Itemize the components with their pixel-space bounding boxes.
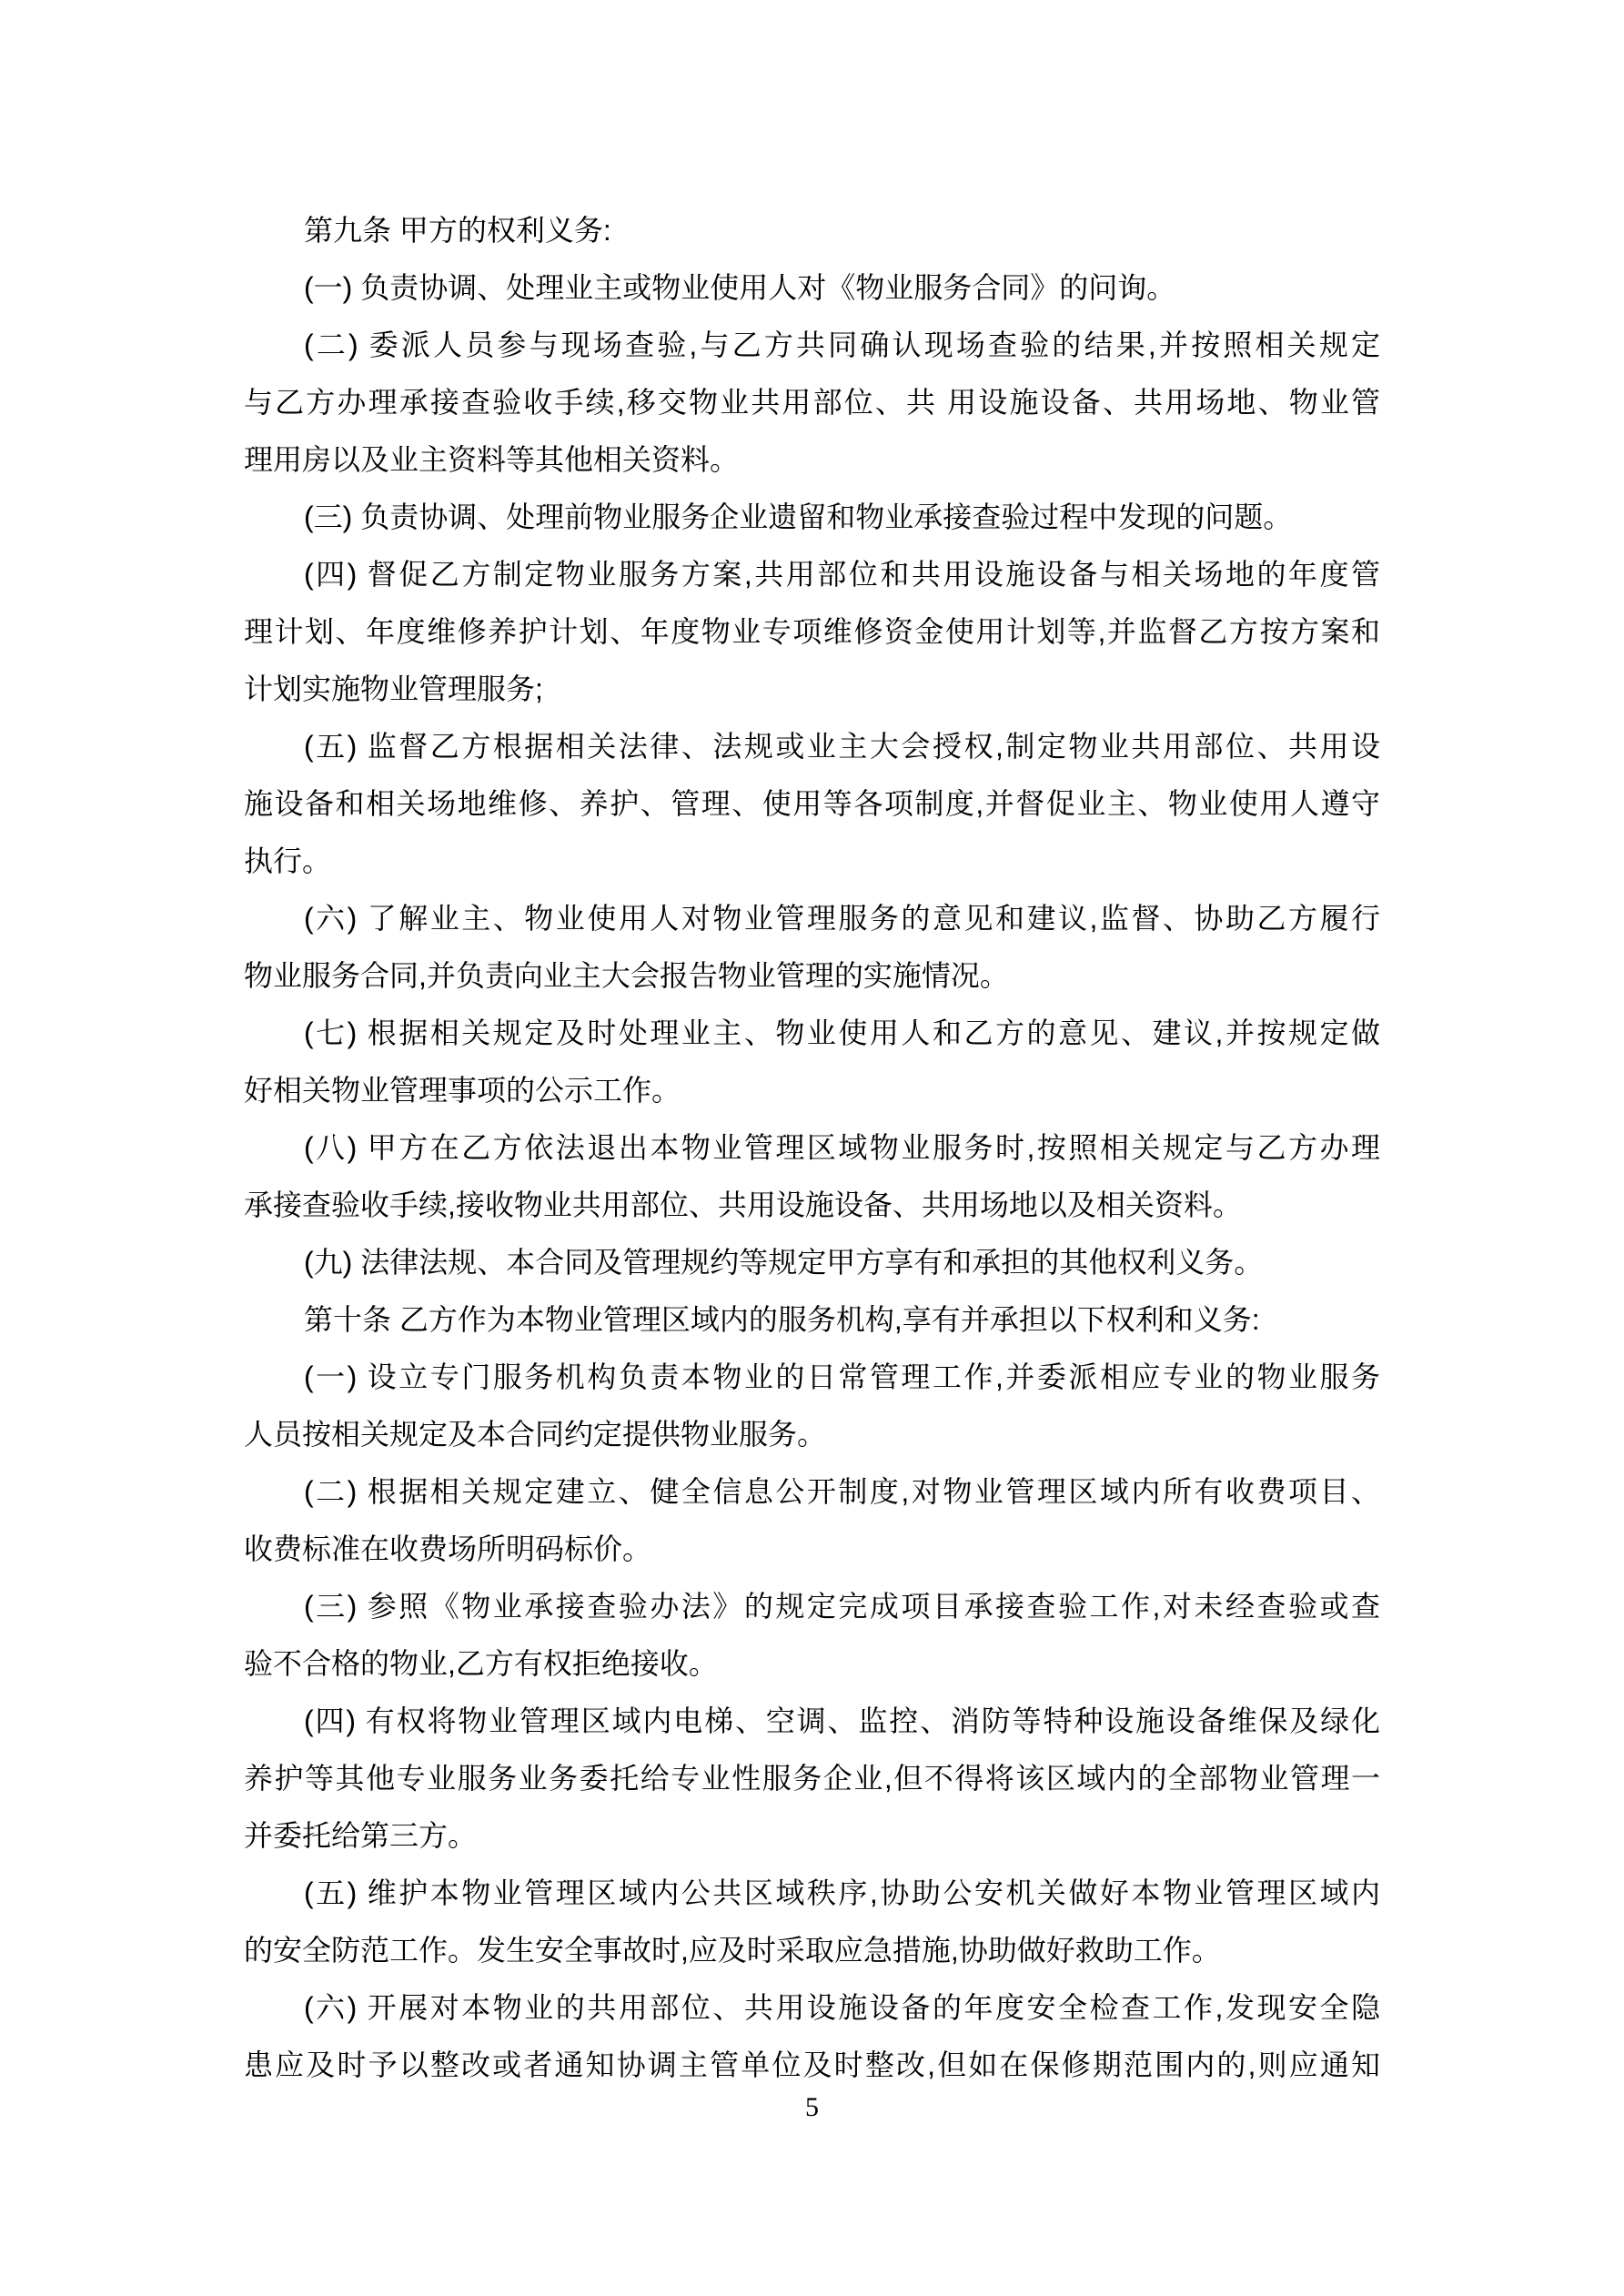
text-line: 物业服务合同,并负责向业主大会报告物业管理的实施情况。 [244, 947, 1380, 1005]
text-line: (二) 委派人员参与现场查验,与乙方共同确认现场查验的结果,并按照相关规定 [244, 317, 1380, 374]
text-line: 的安全防范工作。发生安全事故时,应及时采取应急措施,协助做好救助工作。 [244, 1922, 1380, 1979]
text-line: (三) 参照《物业承接查验办法》的规定完成项目承接查验工作,对未经查验或查 [244, 1578, 1380, 1635]
text-line: (八) 甲方在乙方依法退出本物业管理区域物业服务时,按照相关规定与乙方办理 [244, 1119, 1380, 1177]
text-line: (一) 设立专门服务机构负责本物业的日常管理工作,并委派相应专业的物业服务 [244, 1349, 1380, 1406]
text-line: 收费标准在收费场所明码标价。 [244, 1521, 1380, 1578]
text-line: 理计划、年度维修养护计划、年度物业专项维修资金使用计划等,并监督乙方按方案和 [244, 603, 1380, 661]
text-line: 好相关物业管理事项的公示工作。 [244, 1062, 1380, 1119]
text-line: 承接查验收手续,接收物业共用部位、共用设施设备、共用场地以及相关资料。 [244, 1177, 1380, 1234]
text-line: (五) 维护本物业管理区域内公共区域秩序,协助公安机关做好本物业管理区域内 [244, 1865, 1380, 1922]
text-line: (一) 负责协调、处理业主或物业使用人对《物业服务合同》的问询。 [244, 259, 1380, 317]
text-line: (七) 根据相关规定及时处理业主、物业使用人和乙方的意见、建议,并按规定做 [244, 1005, 1380, 1062]
text-line: (六) 了解业主、物业使用人对物业管理服务的意见和建议,监督、协助乙方履行 [244, 890, 1380, 947]
text-line: 第十条 乙方作为本物业管理区域内的服务机构,享有并承担以下权利和义务: [244, 1291, 1380, 1349]
text-line: (九) 法律法规、本合同及管理规约等规定甲方享有和承担的其他权利义务。 [244, 1234, 1380, 1291]
text-line: 养护等其他专业服务业务委托给专业性服务企业,但不得将该区域内的全部物业管理一 [244, 1750, 1380, 1807]
text-line: 施设备和相关场地维修、养护、管理、使用等各项制度,并督促业主、物业使用人遵守 [244, 775, 1380, 833]
text-line: 验不合格的物业,乙方有权拒绝接收。 [244, 1635, 1380, 1693]
text-line: 人员按相关规定及本合同约定提供物业服务。 [244, 1406, 1380, 1463]
text-line: 计划实施物业管理服务; [244, 661, 1380, 718]
text-line: 第九条 甲方的权利义务: [244, 202, 1380, 259]
page-number: 5 [0, 2089, 1624, 2126]
text-line: (三) 负责协调、处理前物业服务企业遗留和物业承接查验过程中发现的问题。 [244, 489, 1380, 546]
contract-body: 第九条 甲方的权利义务:(一) 负责协调、处理业主或物业使用人对《物业服务合同》… [244, 202, 1380, 2094]
document-page: 第九条 甲方的权利义务:(一) 负责协调、处理业主或物业使用人对《物业服务合同》… [0, 0, 1624, 2296]
text-line: 理用房以及业主资料等其他相关资料。 [244, 431, 1380, 489]
text-line: 与乙方办理承接查验收手续,移交物业共用部位、共 用设施设备、共用场地、物业管 [244, 374, 1380, 431]
text-line: (五) 监督乙方根据相关法律、法规或业主大会授权,制定物业共用部位、共用设 [244, 718, 1380, 775]
text-line: 并委托给第三方。 [244, 1807, 1380, 1865]
text-line: (四) 督促乙方制定物业服务方案,共用部位和共用设施设备与相关场地的年度管 [244, 546, 1380, 603]
text-line: (六) 开展对本物业的共用部位、共用设施设备的年度安全检查工作,发现安全隐 [244, 1979, 1380, 2037]
text-line: (二) 根据相关规定建立、健全信息公开制度,对物业管理区域内所有收费项目、 [244, 1463, 1380, 1521]
text-line: 执行。 [244, 833, 1380, 890]
text-line: (四) 有权将物业管理区域内电梯、空调、监控、消防等特种设施设备维保及绿化 [244, 1693, 1380, 1750]
text-line: 患应及时予以整改或者通知协调主管单位及时整改,但如在保修期范围内的,则应通知 [244, 2037, 1380, 2094]
